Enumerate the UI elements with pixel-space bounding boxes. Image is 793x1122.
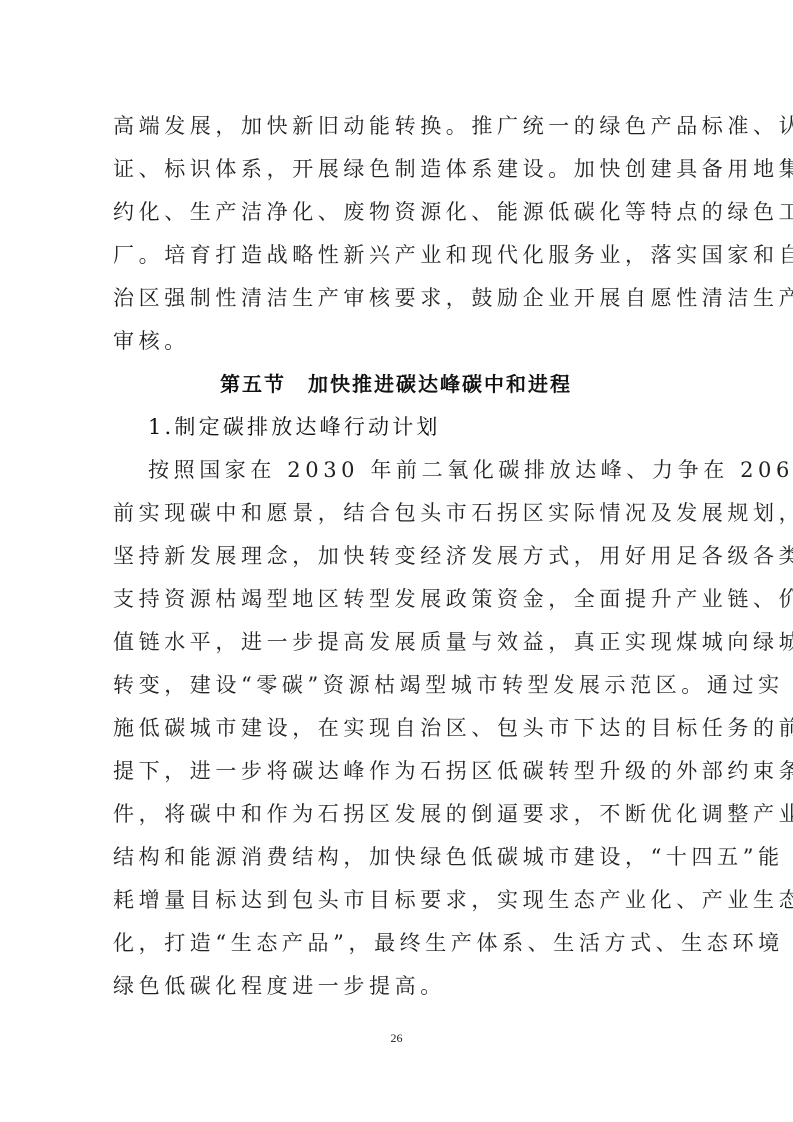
paragraph-line: 耗增量目标达到包头市目标要求，实现生态产业化、产业生态 <box>113 879 683 922</box>
paragraph-line: 证、标识体系，开展绿色制造体系建设。加快创建具备用地集 <box>113 148 683 191</box>
paragraph-line: 提下，进一步将碳达峰作为石拐区低碳转型升级的外部约束条 <box>113 750 683 793</box>
paragraph-line: 厂。培育打造战略性新兴产业和现代化服务业，落实国家和自 <box>113 234 683 277</box>
paragraph-line: 审核。 <box>113 320 683 363</box>
page-number: 26 <box>0 1031 793 1046</box>
paragraph-line: 高端发展，加快新旧动能转换。推广统一的绿色产品标准、认 <box>113 105 683 148</box>
document-page: 高端发展，加快新旧动能转换。推广统一的绿色产品标准、认 证、标识体系，开展绿色制… <box>0 0 793 1122</box>
paragraph-line: 值链水平，进一步提高发展质量与效益，真正实现煤城向绿城 <box>113 621 683 664</box>
paragraph-line: 绿色低碳化程度进一步提高。 <box>113 965 683 1008</box>
paragraph-line: 施低碳城市建设，在实现自治区、包头市下达的目标任务的前 <box>113 707 683 750</box>
paragraph-line: 支持资源枯竭型地区转型发展政策资金，全面提升产业链、价 <box>113 578 683 621</box>
paragraph-line: 按照国家在 2030 年前二氧化碳排放达峰、力争在 2060 年 <box>113 449 683 492</box>
paragraph-line: 结构和能源消费结构，加快绿色低碳城市建设，“十四五”能 <box>113 836 683 879</box>
paragraph-line: 治区强制性清洁生产审核要求，鼓励企业开展自愿性清洁生产 <box>113 277 683 320</box>
paragraph-line: 件，将碳中和作为石拐区发展的倒逼要求，不断优化调整产业 <box>113 793 683 836</box>
sub-heading: 1.制定碳排放达峰行动计划 <box>113 406 683 449</box>
body-text: 高端发展，加快新旧动能转换。推广统一的绿色产品标准、认 证、标识体系，开展绿色制… <box>113 105 683 1008</box>
paragraph-line: 转变，建设“零碳”资源枯竭型城市转型发展示范区。通过实 <box>113 664 683 707</box>
paragraph-line: 约化、生产洁净化、废物资源化、能源低碳化等特点的绿色工 <box>113 191 683 234</box>
paragraph-line: 化，打造“生态产品”，最终生产体系、生活方式、生态环境 <box>113 922 683 965</box>
paragraph-line: 坚持新发展理念，加快转变经济发展方式，用好用足各级各类 <box>113 535 683 578</box>
paragraph-line: 前实现碳中和愿景，结合包头市石拐区实际情况及发展规划， <box>113 492 683 535</box>
section-heading: 第五节 加快推进碳达峰碳中和进程 <box>109 363 683 406</box>
